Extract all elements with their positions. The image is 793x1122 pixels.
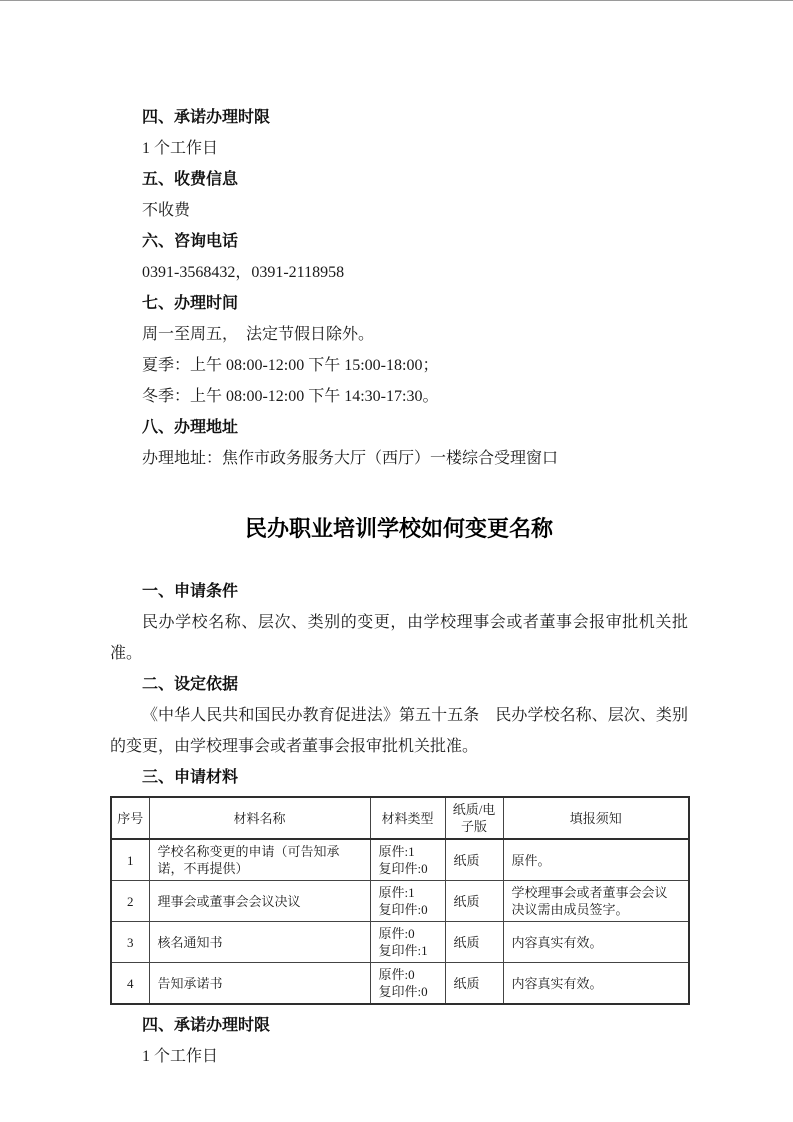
section-heading-deadline-2: 四、承诺办理时限 xyxy=(110,1010,688,1041)
table-header-type: 材料类型 xyxy=(370,797,445,839)
paragraph-fees: 不收费 xyxy=(110,195,688,226)
materials-table: 序号 材料名称 材料类型 纸质/电子版 填报须知 1 学校名称变更的申请（可告知… xyxy=(110,796,690,1005)
paragraph-hours-summer: 夏季：上午 08:00-12:00 下午 15:00-18:00； xyxy=(110,350,688,381)
table-row: 2 理事会或董事会会议决议 原件:1 复印件:0 纸质 学校理事会或者董事会会议… xyxy=(111,881,689,922)
cell-type: 原件:0 复印件:1 xyxy=(370,922,445,963)
paragraph-deadline: 1 个工作日 xyxy=(110,133,688,164)
document-title: 民办职业培训学校如何变更名称 xyxy=(110,512,688,546)
section-heading-hours: 七、办理时间 xyxy=(110,288,688,319)
table-row: 4 告知承诺书 原件:0 复印件:0 纸质 内容真实有效。 xyxy=(111,963,689,1005)
cell-no: 3 xyxy=(111,922,149,963)
cell-type: 原件:1 复印件:0 xyxy=(370,839,445,881)
cell-type-copy: 复印件:0 xyxy=(379,983,437,1000)
cell-medium: 纸质 xyxy=(445,963,503,1005)
cell-medium: 纸质 xyxy=(445,922,503,963)
cell-type: 原件:0 复印件:0 xyxy=(370,963,445,1005)
cell-name: 理事会或董事会会议决议 xyxy=(149,881,370,922)
paragraph-hours-weekdays: 周一至周五， 法定节假日除外。 xyxy=(110,319,688,350)
section-heading-address: 八、办理地址 xyxy=(110,412,688,443)
cell-medium: 纸质 xyxy=(445,839,503,881)
cell-no: 1 xyxy=(111,839,149,881)
cell-medium: 纸质 xyxy=(445,881,503,922)
cell-no: 2 xyxy=(111,881,149,922)
paragraph-deadline-2: 1 个工作日 xyxy=(110,1041,688,1072)
table-header-row: 序号 材料名称 材料类型 纸质/电子版 填报须知 xyxy=(111,797,689,839)
document-page: 四、承诺办理时限 1 个工作日 五、收费信息 不收费 六、咨询电话 0391-3… xyxy=(0,0,793,1122)
cell-type-copy: 复印件:0 xyxy=(379,860,437,877)
cell-type-copy: 复印件:0 xyxy=(379,901,437,918)
cell-note: 学校理事会或者董事会会议决议需由成员签字。 xyxy=(503,881,689,922)
cell-type: 原件:1 复印件:0 xyxy=(370,881,445,922)
cell-name: 核名通知书 xyxy=(149,922,370,963)
cell-no: 4 xyxy=(111,963,149,1005)
section-heading-phone: 六、咨询电话 xyxy=(110,226,688,257)
table-row: 3 核名通知书 原件:0 复印件:1 纸质 内容真实有效。 xyxy=(111,922,689,963)
paragraph-phone: 0391-3568432，0391-2118958 xyxy=(110,257,688,288)
section-heading-fees: 五、收费信息 xyxy=(110,164,688,195)
cell-type-original: 原件:1 xyxy=(379,843,437,860)
section-heading-materials: 三、申请材料 xyxy=(110,762,688,793)
cell-note: 内容真实有效。 xyxy=(503,922,689,963)
table-header-name: 材料名称 xyxy=(149,797,370,839)
section-heading-deadline: 四、承诺办理时限 xyxy=(110,102,688,133)
paragraph-address: 办理地址：焦作市政务服务大厅（西厅）一楼综合受理窗口 xyxy=(110,443,688,474)
cell-type-original: 原件:0 xyxy=(379,925,437,942)
cell-type-original: 原件:0 xyxy=(379,966,437,983)
paragraph-conditions: 民办学校名称、层次、类别的变更，由学校理事会或者董事会报审批机关批准。 xyxy=(110,607,688,669)
table-row: 1 学校名称变更的申请（可告知承诺，不再提供） 原件:1 复印件:0 纸质 原件… xyxy=(111,839,689,881)
cell-name: 告知承诺书 xyxy=(149,963,370,1005)
table-header-no: 序号 xyxy=(111,797,149,839)
cell-name: 学校名称变更的申请（可告知承诺，不再提供） xyxy=(149,839,370,881)
cell-note: 内容真实有效。 xyxy=(503,963,689,1005)
cell-type-copy: 复印件:1 xyxy=(379,942,437,959)
table-header-note: 填报须知 xyxy=(503,797,689,839)
section-heading-conditions: 一、申请条件 xyxy=(110,576,688,607)
cell-type-original: 原件:1 xyxy=(379,884,437,901)
section-heading-legal-basis: 二、设定依据 xyxy=(110,669,688,700)
paragraph-hours-winter: 冬季：上午 08:00-12:00 下午 14:30-17:30。 xyxy=(110,381,688,412)
paragraph-legal-basis: 《中华人民共和国民办教育促进法》第五十五条 民办学校名称、层次、类别的变更，由学… xyxy=(110,700,688,762)
table-header-medium: 纸质/电子版 xyxy=(445,797,503,839)
cell-note: 原件。 xyxy=(503,839,689,881)
